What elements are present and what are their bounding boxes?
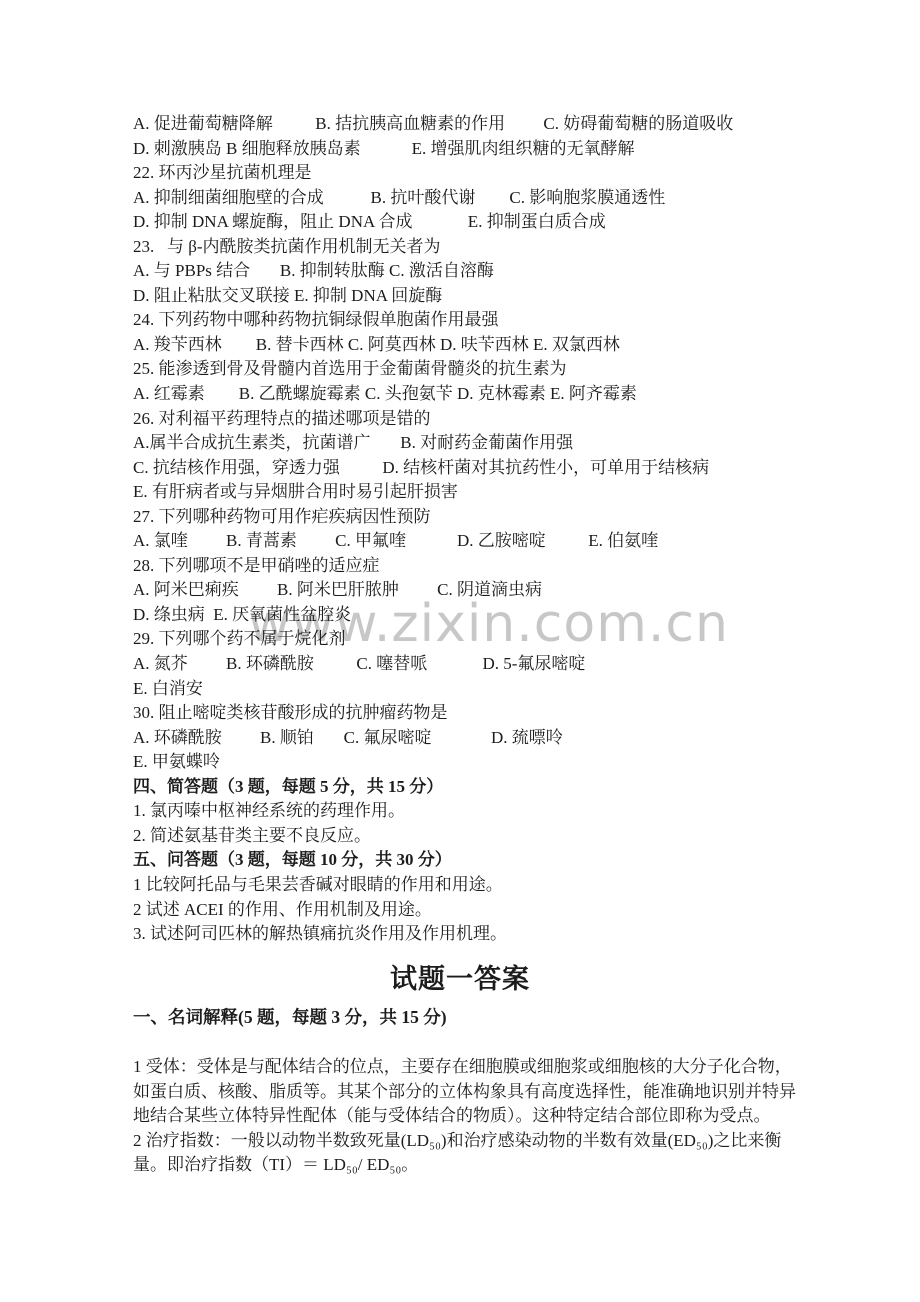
exam-text-line: E. 甲氨蝶呤 <box>133 750 830 775</box>
exam-text-line: 27. 下列哪种药物可用作疟疾病因性预防 <box>133 505 830 530</box>
exam-text-line: E. 白消安 <box>133 677 830 702</box>
exam-text-line: 30. 阻止嘧啶类核苷酸形成的抗肿瘤药物是 <box>133 701 830 726</box>
answer-section-heading: 一、名词解释(5 题，每题 3 分，共 15 分) <box>133 1005 830 1030</box>
exam-text-line: 26. 对利福平药理特点的描述哪项是错的 <box>133 407 830 432</box>
exam-text-line: A.属半合成抗生素类，抗菌谱广 B. 对耐药金葡菌作用强 <box>133 431 830 456</box>
exam-text-line: A. 环磷酰胺 B. 顺铂 C. 氟尿嘧啶 D. 巯嘌呤 <box>133 726 830 751</box>
exam-text-line: 28. 下列哪项不是甲硝唑的适应症 <box>133 554 830 579</box>
answer-section-title: 试题一答案 <box>0 960 920 998</box>
exam-text-line: 24. 下列药物中哪种药物抗铜绿假单胞菌作用最强 <box>133 308 830 333</box>
exam-text-line: 3. 试述阿司匹林的解热镇痛抗炎作用及作用机理。 <box>133 922 830 947</box>
exam-text-line: 29. 下列哪个药不属于烷化剂 <box>133 627 830 652</box>
exam-text-line: 四、简答题（3 题，每题 5 分，共 15 分） <box>133 775 830 800</box>
exam-text-line: 2. 简述氨基苷类主要不良反应。 <box>133 824 830 849</box>
answer-text-line: 如蛋白质、核酸、脂质等。其某个部分的立体构象具有高度选择性，能准确地识别并特异 <box>133 1080 830 1105</box>
exam-text-line: D. 刺激胰岛 B 细胞释放胰岛素 E. 增强肌肉组织糖的无氧酵解 <box>133 137 830 162</box>
exam-text-line: D. 绦虫病 E. 厌氧菌性盆腔炎 <box>133 603 830 628</box>
answer-text-line: 量。即治疗指数（TI）＝ LD₅₀/ ED₅₀。 <box>133 1153 830 1178</box>
exam-question-lines: A. 促进葡萄糖降解 B. 拮抗胰高血糖素的作用 C. 妨碍葡萄糖的肠道吸收D.… <box>0 112 920 947</box>
exam-text-line: A. 阿米巴痢疾 B. 阿米巴肝脓肿 C. 阴道滴虫病 <box>133 578 830 603</box>
exam-text-line: C. 抗结核作用强，穿透力强 D. 结核杆菌对其抗药性小，可单用于结核病 <box>133 456 830 481</box>
answer-text-line: 2 治疗指数：一般以动物半数致死量(LD₅₀)和治疗感染动物的半数有效量(ED₅… <box>133 1129 830 1154</box>
exam-text-line: 1 比较阿托品与毛果芸香碱对眼睛的作用和用途。 <box>133 873 830 898</box>
answer-paragraph-lines: 1 受体：受体是与配体结合的位点，主要存在细胞膜或细胞浆或细胞核的大分子化合物，… <box>0 1055 920 1178</box>
exam-text-line: A. 与 PBPs 结合 B. 抑制转肽酶 C. 激活自溶酶 <box>133 259 830 284</box>
exam-text-line: A. 氯喹 B. 青蒿素 C. 甲氟喹 D. 乙胺嘧啶 E. 伯氨喹 <box>133 529 830 554</box>
exam-text-line: 1. 氯丙嗪中枢神经系统的药理作用。 <box>133 799 830 824</box>
exam-text-line: A. 氮芥 B. 环磷酰胺 C. 噻替哌 D. 5-氟尿嘧啶 <box>133 652 830 677</box>
exam-text-line: E. 有肝病者或与异烟肼合用时易引起肝损害 <box>133 480 830 505</box>
exam-text-line: A. 羧苄西林 B. 替卡西林 C. 阿莫西林 D. 呋苄西林 E. 双氯西林 <box>133 333 830 358</box>
exam-text-line: A. 促进葡萄糖降解 B. 拮抗胰高血糖素的作用 C. 妨碍葡萄糖的肠道吸收 <box>133 112 830 137</box>
exam-text-line: 22. 环丙沙星抗菌机理是 <box>133 161 830 186</box>
exam-text-line: 2 试述 ACEI 的作用、作用机制及用途。 <box>133 898 830 923</box>
exam-text-line: 23. 与 β-内酰胺类抗菌作用机制无关者为 <box>133 235 830 260</box>
document-page: www.zixin.com.cn A. 促进葡萄糖降解 B. 拮抗胰高血糖素的作… <box>0 0 920 1302</box>
answer-text-line: 地结合某些立体特异性配体（能与受体结合的物质）。这种特定结合部位即称为受点。 <box>133 1104 830 1129</box>
exam-text-line: A. 红霉素 B. 乙酰螺旋霉素 C. 头孢氨苄 D. 克林霉素 E. 阿齐霉素 <box>133 382 830 407</box>
answer-text-line: 1 受体：受体是与配体结合的位点，主要存在细胞膜或细胞浆或细胞核的大分子化合物， <box>133 1055 830 1080</box>
exam-text-line: 25. 能渗透到骨及骨髓内首选用于金葡菌骨髓炎的抗生素为 <box>133 357 830 382</box>
document-content: A. 促进葡萄糖降解 B. 拮抗胰高血糖素的作用 C. 妨碍葡萄糖的肠道吸收D.… <box>0 112 920 1178</box>
exam-text-line: A. 抑制细菌细胞壁的合成 B. 抗叶酸代谢 C. 影响胞浆膜通透性 <box>133 186 830 211</box>
exam-text-line: 五、问答题（3 题，每题 10 分，共 30 分） <box>133 848 830 873</box>
exam-text-line: D. 阻止粘肽交叉联接 E. 抑制 DNA 回旋酶 <box>133 284 830 309</box>
exam-text-line: D. 抑制 DNA 螺旋酶，阻止 DNA 合成 E. 抑制蛋白质合成 <box>133 210 830 235</box>
